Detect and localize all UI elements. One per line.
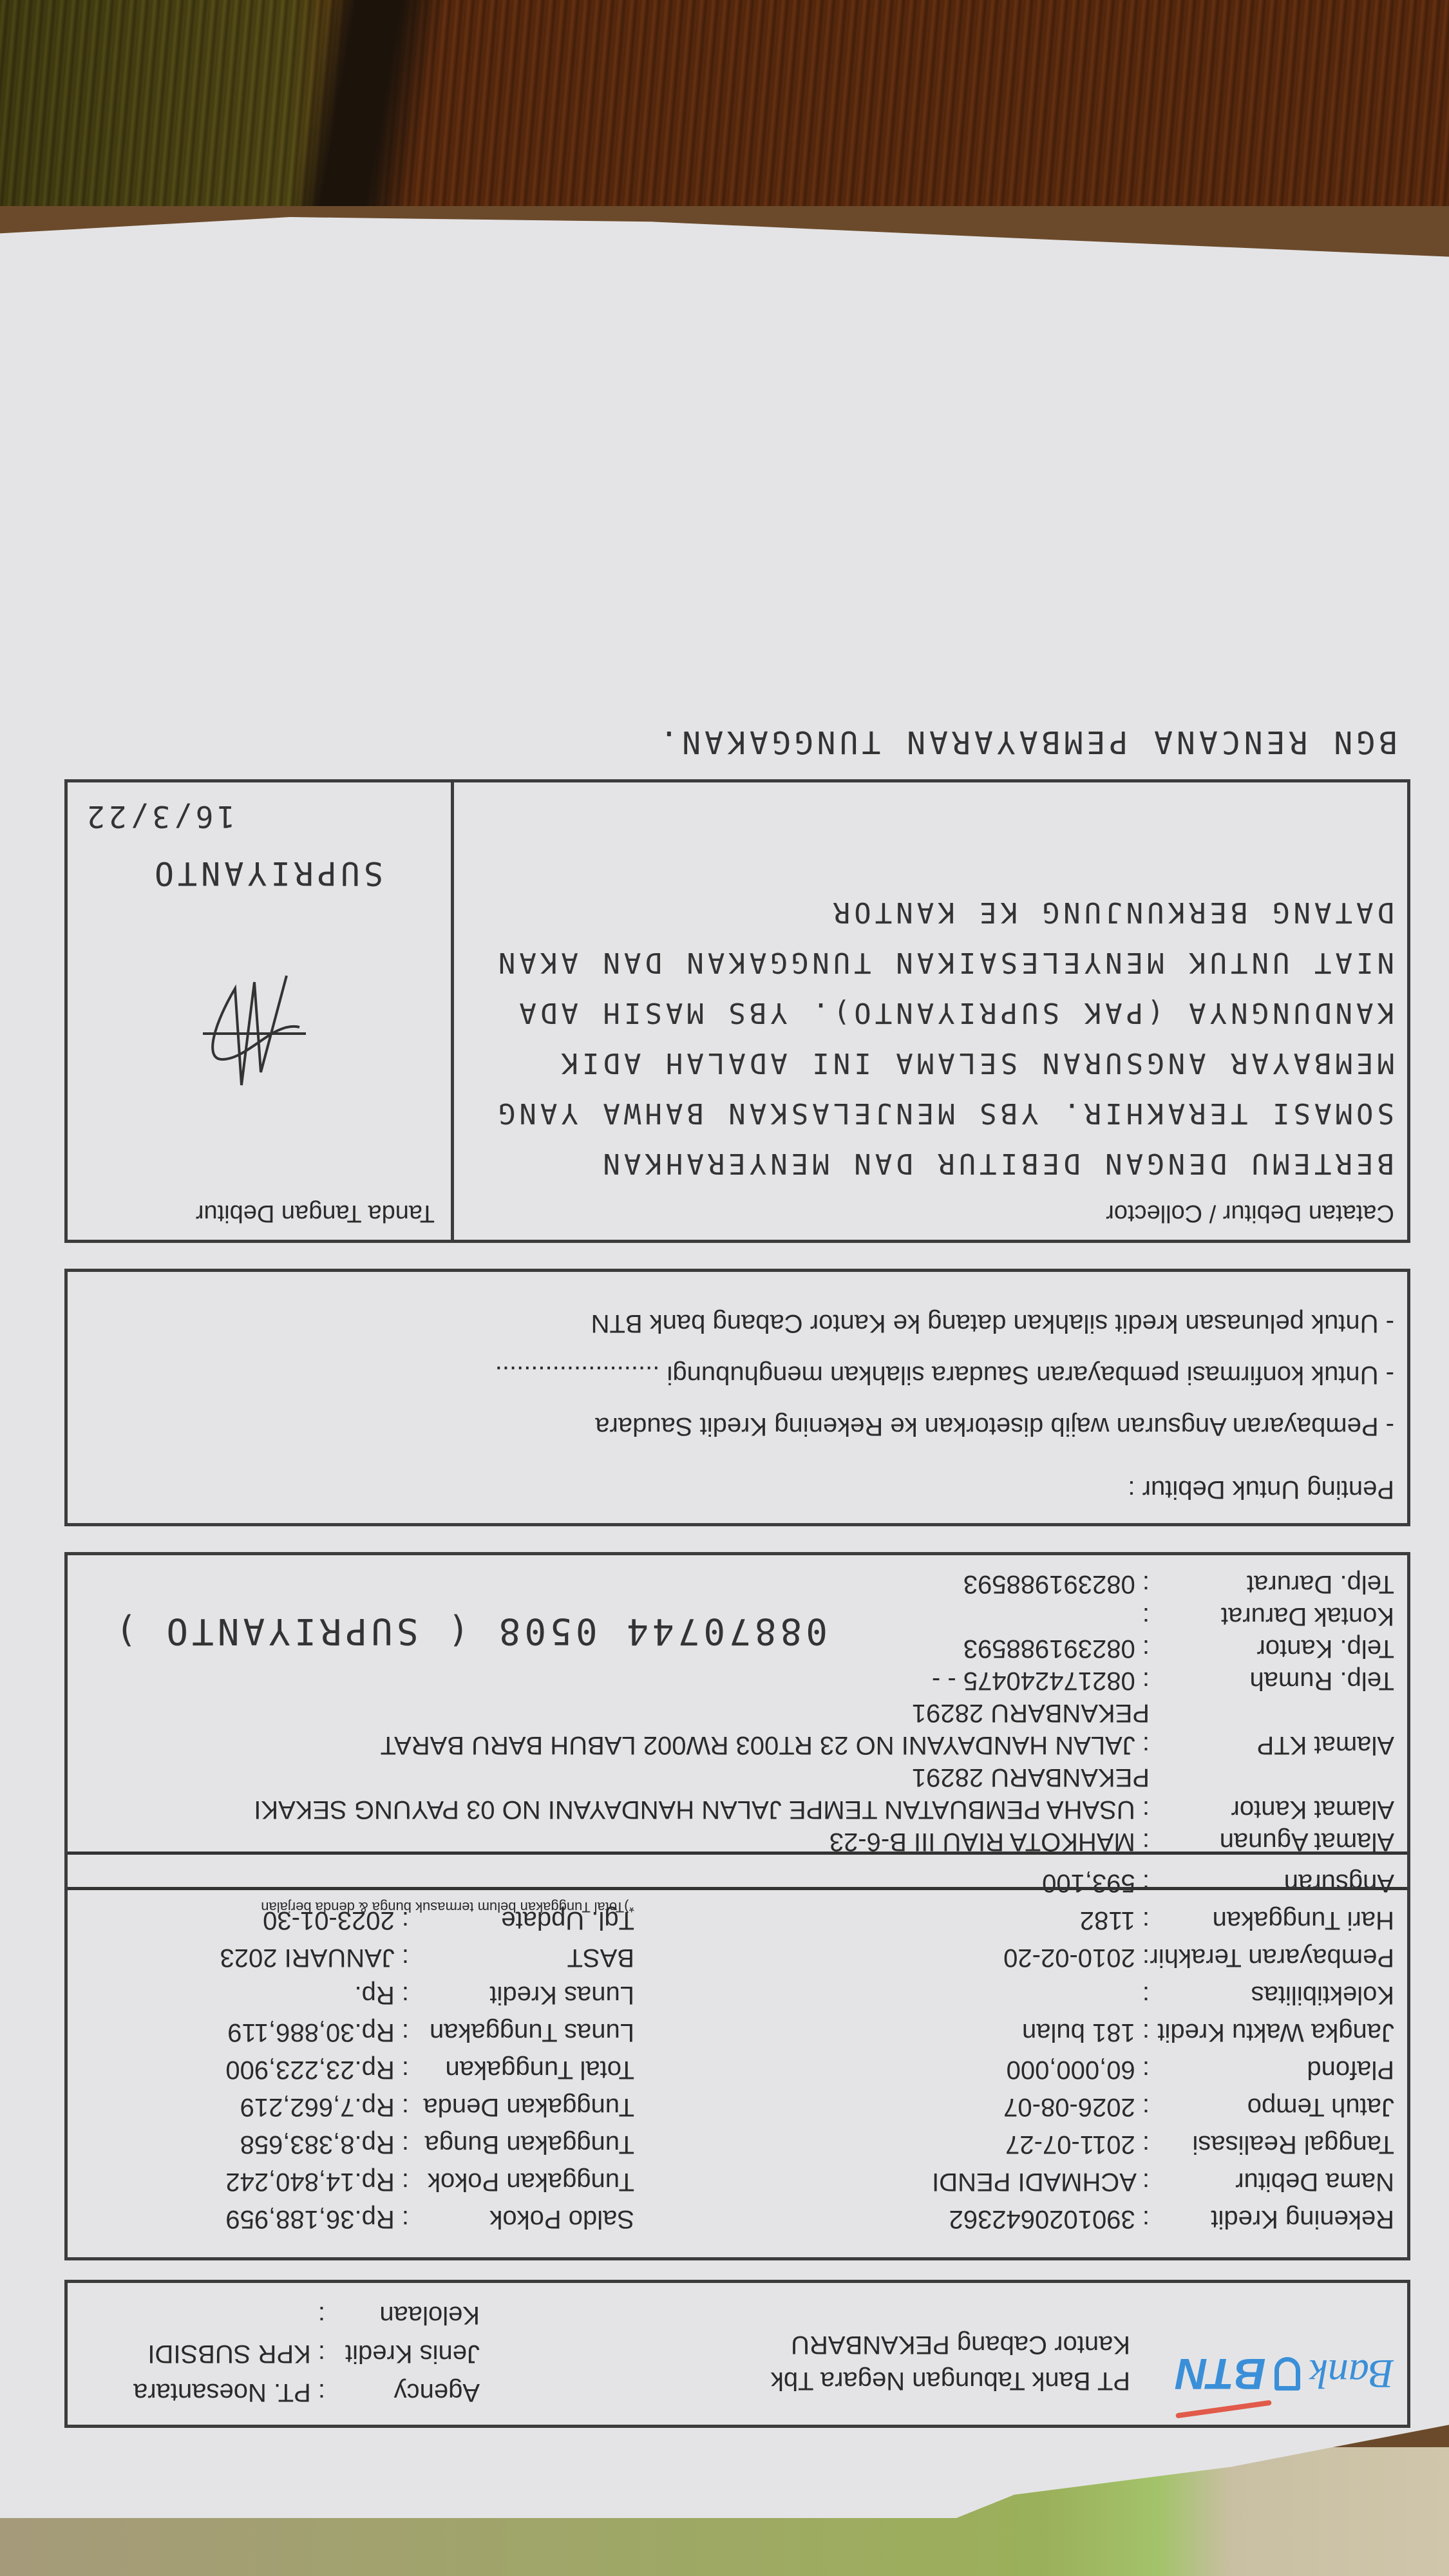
info-row: Tunggakan Pokok: Rp.14,840,242 xyxy=(68,2163,634,2201)
info-value: : 593,100 xyxy=(1042,1864,1150,1902)
important-notice-item: - Pembayaran Angsuran wajib disetorkan k… xyxy=(495,1401,1394,1452)
signature-title: Tanda Tangan Debitur xyxy=(196,1199,435,1227)
info-row: Tunggakan Bunga: Rp.8,383,658 xyxy=(68,2126,634,2163)
info-value: : 60,000,000 xyxy=(1007,2051,1150,2088)
important-notice-item: - Untuk konfirmasi pembayaran Saudara si… xyxy=(495,1349,1394,1401)
info-row: BAST: JANUARI 2023 xyxy=(68,1939,634,1976)
info-row: Alamat Kantor: USAHA PEMBUATAN TEMPE JAL… xyxy=(80,1761,1394,1826)
divider-line xyxy=(68,1887,1407,1890)
kelolaan-value: : xyxy=(318,2296,325,2334)
info-row: Alamat Agunan: MAHKOTA RIAU III B-6-23 xyxy=(80,1826,1394,1858)
info-label: Tanggal Realisasi xyxy=(1150,2126,1394,2163)
info-label: Lunas Kredit xyxy=(409,1976,634,2014)
header-meta: Agency: PT. Noesantara Jenis Kredit: KPR… xyxy=(133,2296,480,2412)
info-value: : JANUARI 2023 xyxy=(220,1939,409,1976)
collection-notice-form: Bank BTN PT Bank Tabungan Negara Tbk Kan… xyxy=(32,580,1410,2428)
info-row: Nama Debitur: ACHMADI PENDI xyxy=(686,2163,1394,2201)
info-row: Total Tunggakan: Rp.23,223,900 xyxy=(68,2051,634,2088)
info-value: : Rp. xyxy=(355,1976,409,2014)
info-value: : 181 bulan xyxy=(1022,2014,1150,2051)
info-label: Kolektibilitas xyxy=(1150,1976,1394,2014)
wooden-table-background xyxy=(0,0,1449,206)
info-value: : Rp.36,188,959 xyxy=(225,2201,409,2238)
info-value: : xyxy=(1142,1600,1150,1633)
info-value: : 2010-02-20 xyxy=(1003,1939,1150,1976)
info-row: Rekening Kredit: 3901020642362 xyxy=(686,2201,1394,2238)
info-value: : ACHMADI PENDI xyxy=(932,2163,1150,2201)
info-value: : 082391988593 xyxy=(963,1568,1150,1600)
info-label: Tunggakan Pokok xyxy=(409,2163,634,2201)
info-row: Telp. Darurat: 082391988593 xyxy=(80,1568,1394,1600)
info-label: Telp. Kantor xyxy=(1150,1633,1394,1665)
section-divider xyxy=(451,782,454,1240)
bank-btn-logo: Bank BTN xyxy=(1176,2349,1394,2399)
info-label: Kontak Darurat xyxy=(1150,1600,1394,1633)
info-label: Total Tunggakan xyxy=(409,2051,634,2088)
loan-info-section: Rekening Kredit: 3901020642362Nama Debit… xyxy=(64,1552,1410,2260)
info-value: : MAHKOTA RIAU III B-6-23 xyxy=(829,1826,1150,1858)
info-label: Nama Debitur xyxy=(1150,2163,1394,2201)
info-value: : JALAN HANDAYANI NO 23 RT003 RW002 LABU… xyxy=(381,1697,1150,1761)
info-label: Alamat KTP xyxy=(1150,1697,1394,1761)
info-label: Alamat Agunan xyxy=(1150,1826,1394,1858)
important-notice-title: Penting Untuk Debitur : xyxy=(1128,1475,1394,1504)
info-row: Angsuran: 593,100 xyxy=(686,1864,1394,1902)
info-value: : Rp.23,223,900 xyxy=(225,2051,409,2088)
jenis-kredit-label: Jenis Kredit xyxy=(325,2334,480,2373)
info-label: Plafond xyxy=(1150,2051,1394,2088)
org-name: PT Bank Tabungan Negara Tbk xyxy=(771,2363,1130,2399)
info-label: Tunggakan Bunga xyxy=(409,2126,634,2163)
logo-bank-text: Bank xyxy=(1310,2350,1395,2398)
handwritten-notes: BERTEMU DENGAN DEBITUR DAN MENYERAHKAN S… xyxy=(467,887,1394,1188)
info-value: : Rp.30,886,119 xyxy=(227,2014,409,2051)
important-notice-item: - Untuk pelunasan kredit silahkan datang… xyxy=(495,1298,1394,1349)
info-row: Kolektibilitas: xyxy=(686,1976,1394,2014)
collector-notes-section: Catatan Debitur / Collector BERTEMU DENG… xyxy=(64,779,1410,1243)
info-value: : USAHA PEMBUATAN TEMPE JALAN HANDAYANI … xyxy=(254,1761,1150,1826)
info-label: Pembayaran Terakhir xyxy=(1150,1939,1394,1976)
info-row: Pembayaran Terakhir: 2010-02-20 xyxy=(686,1939,1394,1976)
agency-label: Agency xyxy=(325,2373,480,2412)
logo-brand-text: BTN xyxy=(1176,2349,1266,2399)
info-row: Saldo Pokok: Rp.36,188,959 xyxy=(68,2201,634,2238)
organization-info: PT Bank Tabungan Negara Tbk Kantor Caban… xyxy=(771,2327,1130,2399)
btn-shield-icon xyxy=(1275,2357,1301,2391)
info-label: BAST xyxy=(409,1939,634,1976)
info-row: Plafond: 60,000,000 xyxy=(686,2051,1394,2088)
info-value: : Rp.14,840,242 xyxy=(225,2163,409,2201)
info-row: Lunas Kredit: Rp. xyxy=(68,1976,634,2014)
info-value: : 3901020642362 xyxy=(949,2201,1150,2238)
info-row: Lunas Tunggakan: Rp.30,886,119 xyxy=(68,2014,634,2051)
info-label: Saldo Pokok xyxy=(409,2201,634,2238)
info-row: Tunggakan Denda: Rp.7,662,219 xyxy=(68,2088,634,2126)
info-label: Jatuh Tempo xyxy=(1150,2088,1394,2126)
loan-details-right: Saldo Pokok: Rp.36,188,959Tunggakan Poko… xyxy=(68,1902,634,2238)
info-row: Telp. Rumah: 082174240475 - - xyxy=(80,1665,1394,1697)
info-label: Hari Tunggakan xyxy=(1150,1902,1394,1939)
info-value: : Rp.8,383,658 xyxy=(240,2126,409,2163)
info-value: : 1182 xyxy=(1080,1902,1150,1939)
info-value: : 082174240475 - - xyxy=(932,1665,1150,1697)
info-label: Lunas Tunggakan xyxy=(409,2014,634,2051)
notes-title: Catatan Debitur / Collector xyxy=(1106,1199,1394,1227)
info-label: Alamat Kantor xyxy=(1150,1761,1394,1826)
info-label: Rekening Kredit xyxy=(1150,2201,1394,2238)
info-row: Hari Tunggakan: 1182 xyxy=(686,1902,1394,1939)
info-value: : 2026-08-07 xyxy=(1003,2088,1150,2126)
loan-details-left: Rekening Kredit: 3901020642362Nama Debit… xyxy=(686,1864,1394,2238)
info-row: Alamat KTP: JALAN HANDAYANI NO 23 RT003 … xyxy=(80,1697,1394,1761)
info-value: : 2011-07-27 xyxy=(1005,2126,1150,2163)
handwritten-contact: 08870744 0508 ( SUPRIYANTO ) xyxy=(111,1610,828,1652)
signature-name: SUPRIYANTO xyxy=(151,855,383,892)
kelolaan-label: Kelolaan xyxy=(325,2296,480,2334)
info-label: Angsuran xyxy=(1150,1864,1394,1902)
info-row: Jatuh Tempo: 2026-08-07 xyxy=(686,2088,1394,2126)
info-value: : 082391988593 xyxy=(963,1633,1150,1665)
header-section: Bank BTN PT Bank Tabungan Negara Tbk Kan… xyxy=(64,2280,1410,2428)
info-label: Jangka Waktu Kredit xyxy=(1150,2014,1394,2051)
signature-date: 16/3/22 xyxy=(83,799,235,834)
jenis-kredit-value: : KPR SUBSIDI xyxy=(147,2334,325,2373)
branch-name: Kantor Cabang PEKANBARU xyxy=(771,2327,1130,2363)
info-value: : xyxy=(1142,1976,1150,2014)
info-label: Tunggakan Denda xyxy=(409,2088,634,2126)
info-value: : Rp.7,662,219 xyxy=(240,2088,409,2126)
info-label: Telp. Darurat xyxy=(1150,1568,1394,1600)
handwritten-footnote: BGN RENCANA PEMBAYARAN TUNGGAKAN. xyxy=(656,724,1397,760)
agency-value: : PT. Noesantara xyxy=(133,2373,325,2412)
signature-scribble xyxy=(196,969,312,1098)
important-notice-section: Penting Untuk Debitur : - Pembayaran Ang… xyxy=(64,1269,1410,1526)
info-row: Tanggal Realisasi: 2011-07-27 xyxy=(686,2126,1394,2163)
info-label: Telp. Rumah xyxy=(1150,1665,1394,1697)
info-row: Jangka Waktu Kredit: 181 bulan xyxy=(686,2014,1394,2051)
total-tunggakan-note: *)Total Tunggakan belum termasuk bunga &… xyxy=(261,1898,634,1916)
